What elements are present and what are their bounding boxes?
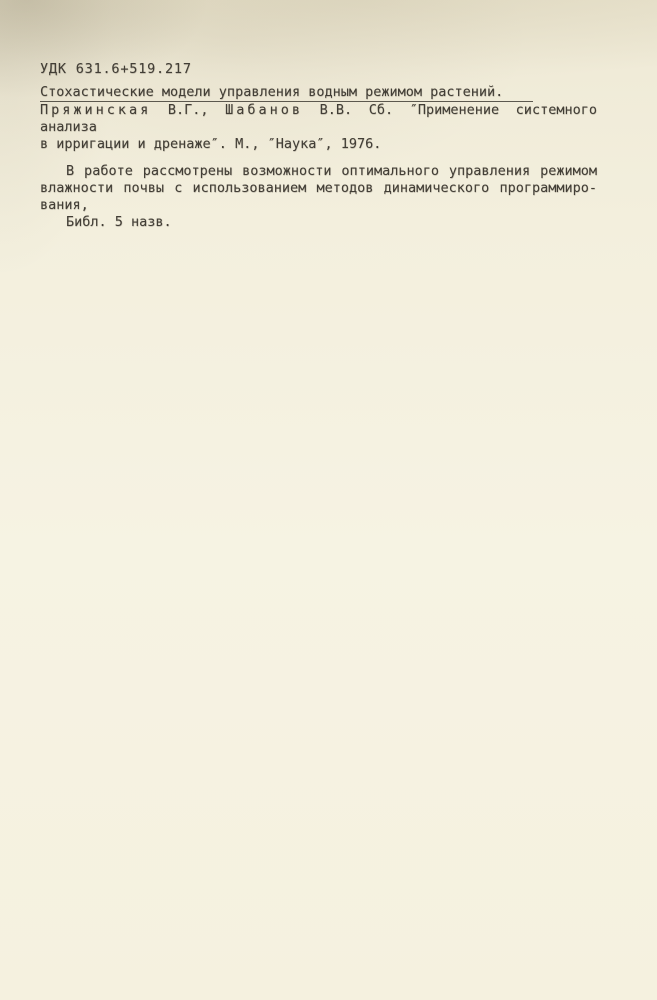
abstract-line-3: вания, (40, 197, 597, 214)
authors-line: Пряжинская В.Г., Шабанов В.В. Сб. ″Приме… (40, 102, 597, 136)
bibliography-note: Библ. 5 назв. (40, 214, 597, 231)
abstract-text-block: УДК 631.6+519.217 Стохастические модели … (40, 61, 597, 231)
author-initials-2: В.В. (320, 102, 353, 118)
source-line: в ирригации и дренаже″. М., ″Наука″, 197… (40, 136, 597, 153)
udk-classification: УДК 631.6+519.217 (40, 61, 597, 78)
author-surname-1: Пряжинская (40, 102, 151, 118)
author-surname-2: Шабанов (225, 102, 303, 118)
scanned-page: УДК 631.6+519.217 Стохастические модели … (0, 0, 657, 1000)
abstract-line-1: В работе рассмотрены возможности оптимал… (40, 163, 597, 180)
abstract-line-2: влажности почвы с использованием методов… (40, 180, 597, 197)
title-line: Стохастические модели управления водным … (40, 84, 597, 102)
author-initials-1: В.Г., (168, 102, 209, 118)
article-title: Стохастические модели управления водным … (40, 84, 533, 102)
abstract-paragraph: В работе рассмотрены возможности оптимал… (40, 163, 597, 214)
